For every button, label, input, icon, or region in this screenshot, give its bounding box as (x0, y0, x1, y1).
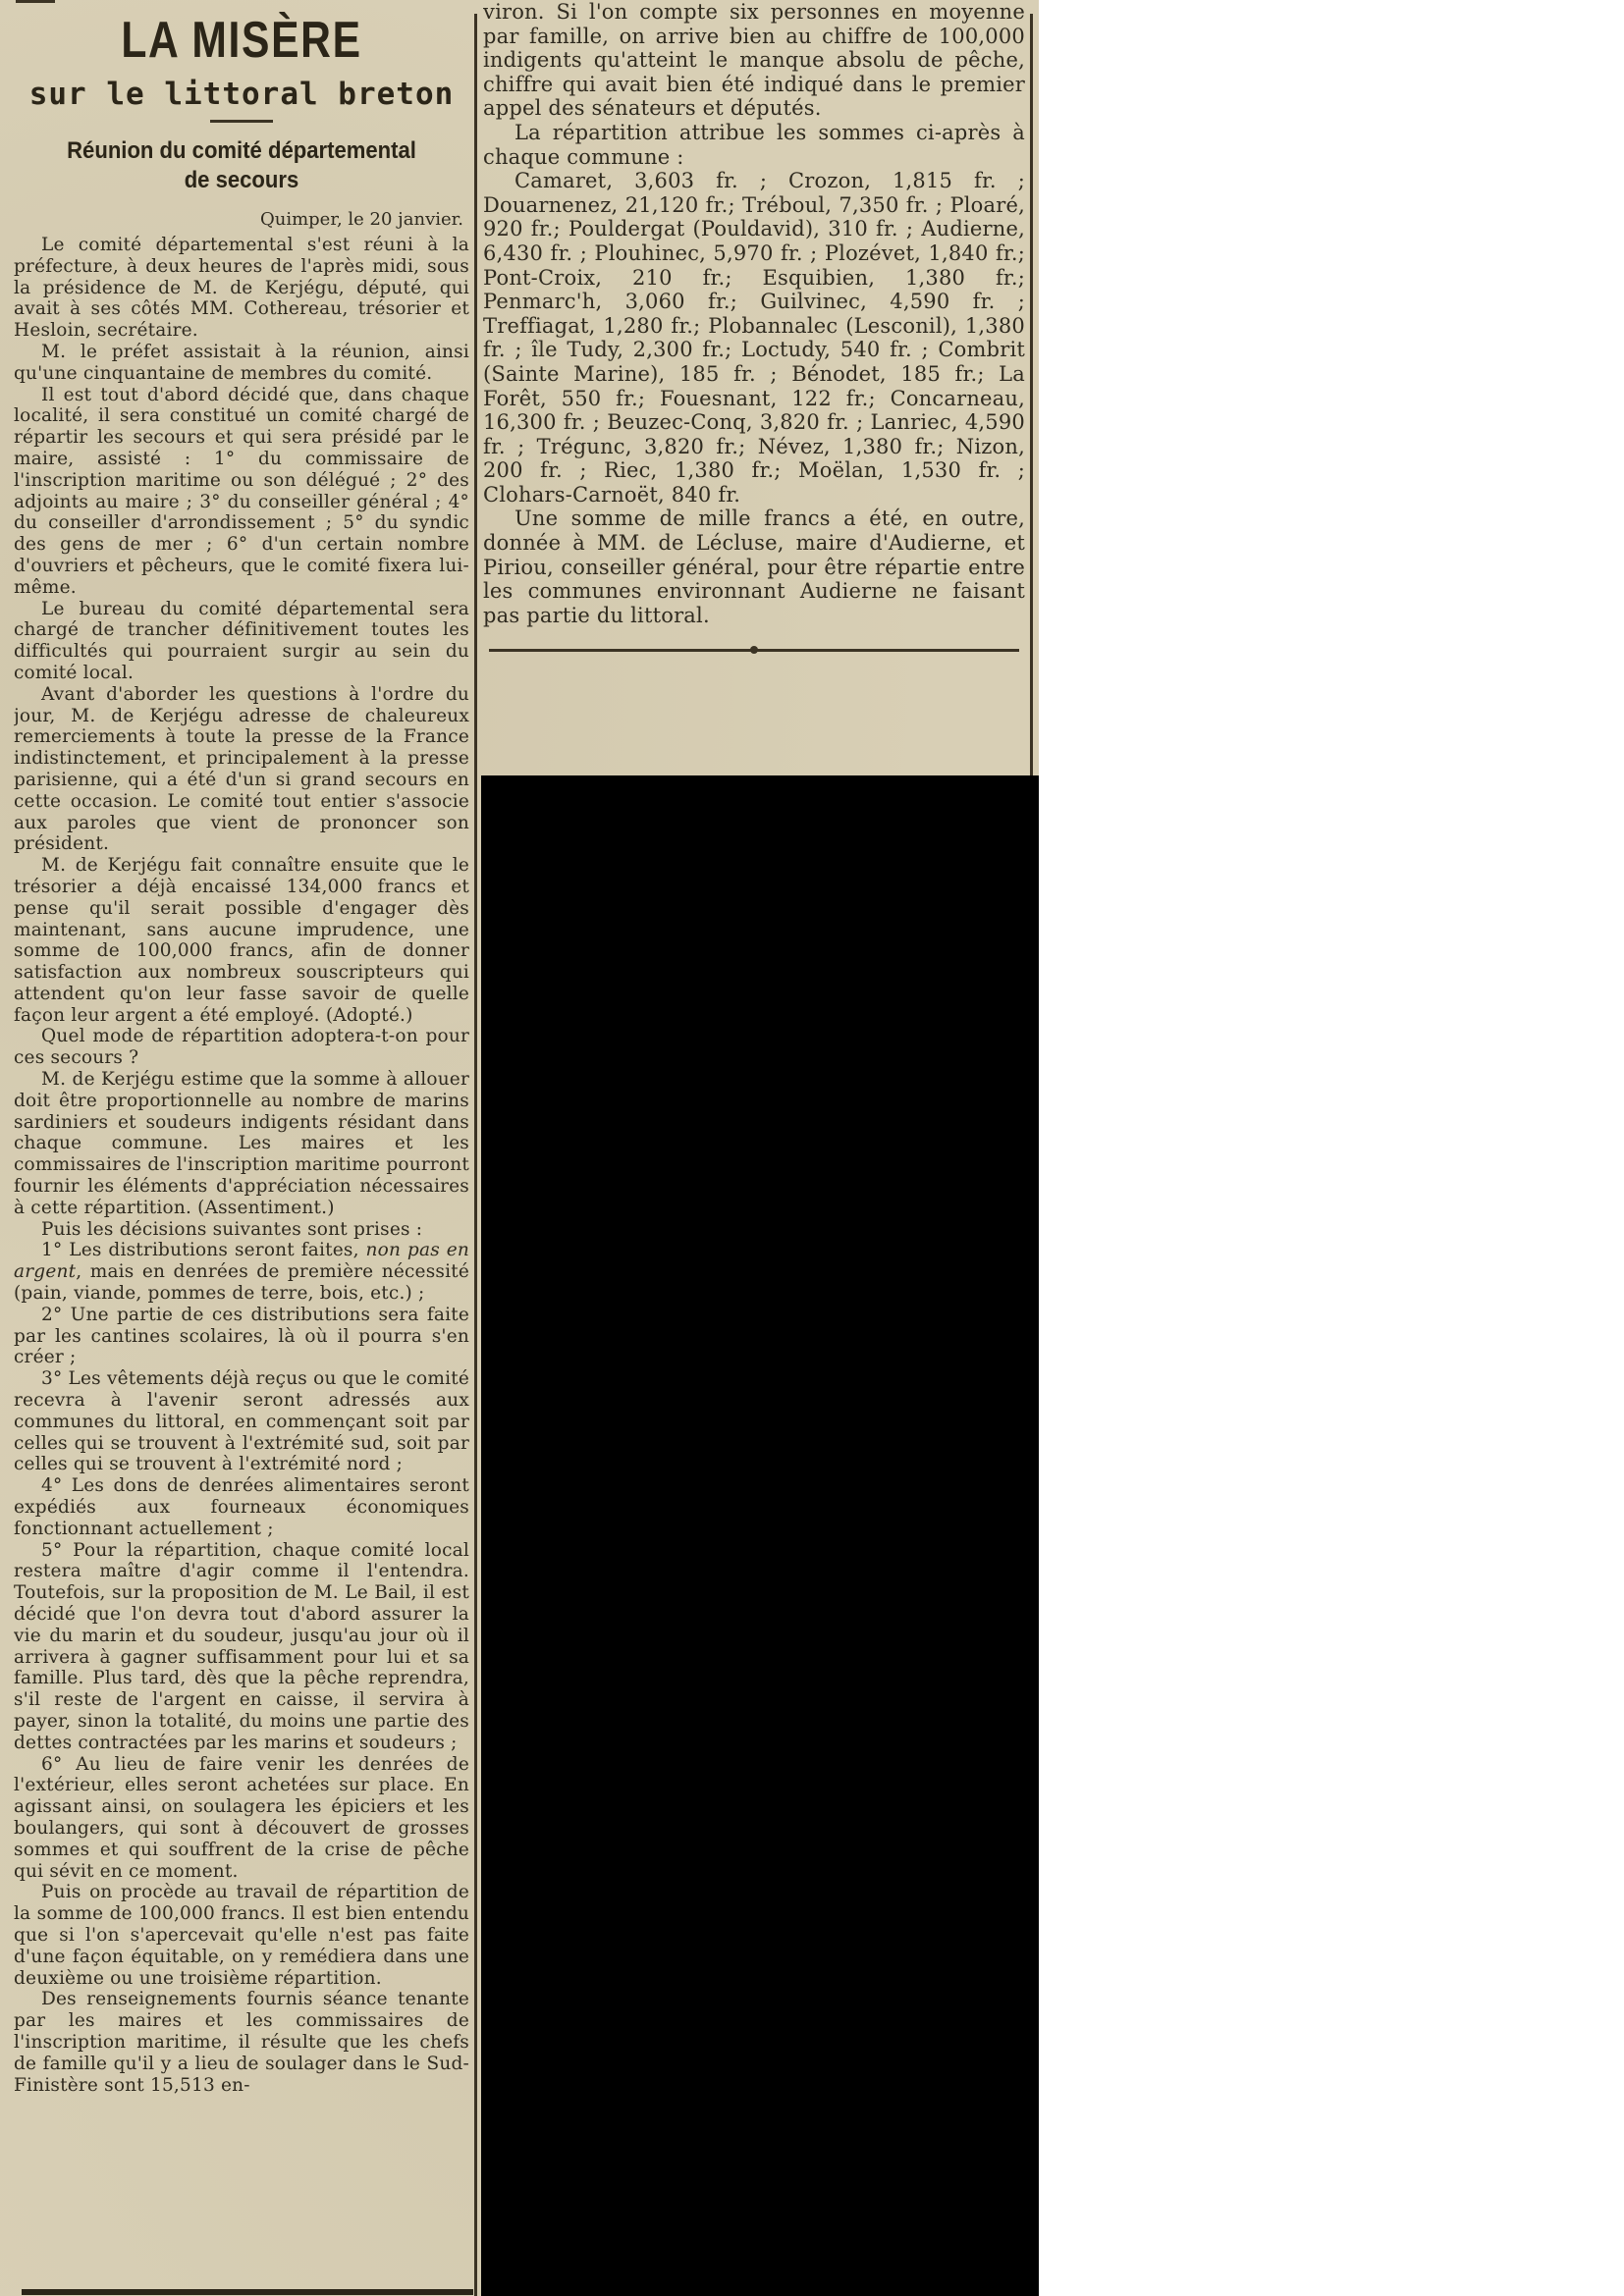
section-heading-line-1: Réunion du comité départemental (32, 136, 452, 166)
decision-3: 3° Les vêtements déjà reçus ou que le co… (14, 1368, 469, 1475)
dateline: Quimper, le 20 janvier. (14, 209, 463, 231)
paragraph: Puis on procède au travail de répartitio… (14, 1882, 469, 1989)
decision-1: 1° Les distributions seront faites, non … (14, 1240, 469, 1304)
right-column: viron. Si l'on compte six personnes en m… (483, 0, 1025, 775)
section-heading-line-2: de secours (32, 166, 452, 195)
decision-4: 4° Les dons de denrées alimentaires sero… (14, 1475, 469, 1539)
article-title: LA MISÈRE (55, 10, 428, 71)
bottom-rule (22, 2289, 473, 2295)
decision-1-suffix: , mais en denrées de première nécessité … (14, 1261, 469, 1304)
title-divider (210, 120, 273, 123)
paragraph: Une somme de mille francs a été, en outr… (483, 507, 1025, 627)
decision-1-prefix: 1° Les distributions seront faites, (41, 1240, 366, 1260)
paragraph: M. de Kerjégu fait connaître ensuite que… (14, 855, 469, 1026)
paragraph: La répartition attribue les sommes ci-ap… (483, 121, 1025, 169)
paragraph: M. le préfet assistait à la réunion, ain… (14, 342, 469, 385)
commune-allocations: Camaret, 3,603 fr. ; Crozon, 1,815 fr. ;… (483, 169, 1025, 507)
decision-6: 6° Au lieu de faire venir les denrées de… (14, 1754, 469, 1883)
right-border (1030, 14, 1033, 775)
redacted-area (481, 775, 1039, 2296)
left-column: LA MISÈRE sur le littoral breton Réunion… (14, 0, 469, 2296)
decision-2: 2° Une partie de ces distributions sera … (14, 1305, 469, 1368)
section-heading: Réunion du comité départemental de secou… (32, 136, 452, 195)
article-subtitle: sur le littoral breton (14, 77, 469, 112)
paragraph: Des renseignements fournis séance tenant… (14, 1989, 469, 2096)
decision-5: 5° Pour la répartition, chaque comité lo… (14, 1540, 469, 1754)
paragraph: Le comité départemental s'est réuni à la… (14, 235, 469, 342)
paragraph: Il est tout d'abord décidé que, dans cha… (14, 385, 469, 599)
paragraph: viron. Si l'on compte six personnes en m… (483, 0, 1025, 121)
paragraph: Puis les décisions suivantes sont prises… (14, 1219, 469, 1241)
paragraph: M. de Kerjégu estime que la somme à allo… (14, 1069, 469, 1219)
paragraph: Quel mode de répartition adoptera-t-on p… (14, 1026, 469, 1069)
paragraph: Avant d'aborder les questions à l'ordre … (14, 684, 469, 855)
paragraph: Le bureau du comité départemental sera c… (14, 599, 469, 684)
column-divider (474, 14, 477, 2296)
article-end-rule (489, 649, 1019, 652)
